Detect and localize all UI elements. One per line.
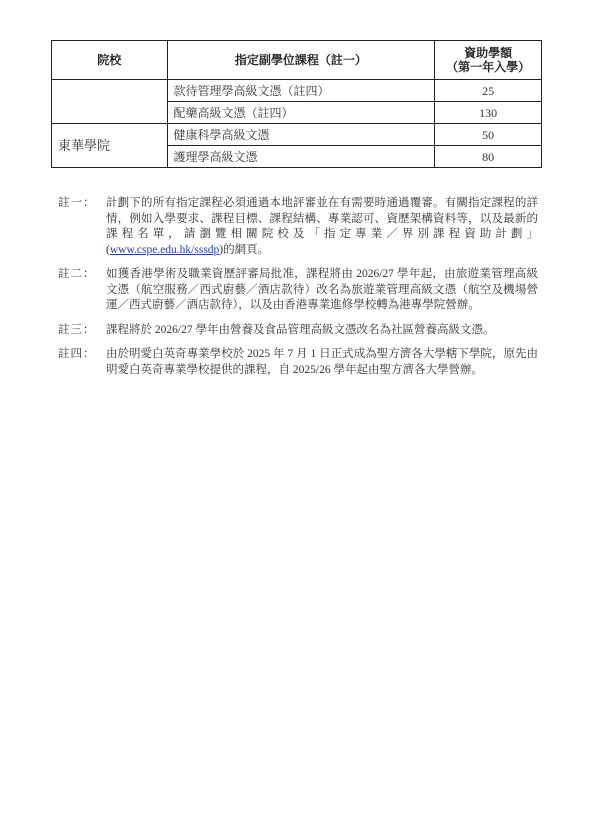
note-body: 課程將於 2026/27 學年由營養及食品管理高級文憑改名為社區營養高級文憑。: [106, 323, 538, 339]
institution-cell: 東華學院: [52, 124, 168, 168]
programme-cell: 配藥高級文憑（註四）: [167, 102, 435, 124]
footnotes: 註一： 計劃下的所有指定課程必須通過本地評審並在有需要時通過覆審。有關指定課程的…: [58, 196, 538, 387]
programme-cell: 健康科學高級文憑: [167, 124, 435, 146]
header-funded-places-line1: 資助學額: [441, 46, 535, 60]
funded-places-table: 院校 指定副學位課程（註一） 資助學額 （第一年入學） 款待管理學高級文憑（註四…: [51, 40, 542, 168]
note-3: 註三： 課程將於 2026/27 學年由營養及食品管理高級文憑改名為社區營養高級…: [58, 323, 538, 339]
header-programme: 指定副學位課程（註一）: [167, 41, 435, 80]
programme-cell: 護理學高級文憑: [167, 146, 435, 168]
note-body: 由於明愛白英奇專業學校於 2025 年 7 月 1 日正式成為聖方濟各大學轄下學…: [106, 347, 538, 378]
table-header-row: 院校 指定副學位課程（註一） 資助學額 （第一年入學）: [52, 41, 542, 80]
sssdp-website-link[interactable]: www.cspe.edu.hk/sssdp: [110, 244, 219, 256]
note-body: 計劃下的所有指定課程必須通過本地評審並在有需要時通過覆審。有關指定課程的詳情，例…: [106, 196, 538, 258]
note-1: 註一： 計劃下的所有指定課程必須通過本地評審並在有需要時通過覆審。有關指定課程的…: [58, 196, 538, 258]
note-label: 註二：: [58, 267, 106, 314]
programme-cell: 款待管理學高級文憑（註四）: [167, 80, 435, 102]
header-institution: 院校: [52, 41, 168, 80]
note-2: 註二： 如獲香港學術及職業資歷評審局批准，課程將由 2026/27 學年起，由旅…: [58, 267, 538, 314]
table-row: 款待管理學高級文憑（註四） 25: [52, 80, 542, 102]
note-label: 註四：: [58, 347, 106, 378]
header-funded-places: 資助學額 （第一年入學）: [435, 41, 542, 80]
places-cell: 80: [435, 146, 542, 168]
institution-cell: [52, 80, 168, 124]
note-label: 註三：: [58, 323, 106, 339]
note-body: 如獲香港學術及職業資歷評審局批准，課程將由 2026/27 學年起，由旅遊業管理…: [106, 267, 538, 314]
places-cell: 130: [435, 102, 542, 124]
note-text: )的網頁。: [219, 244, 269, 256]
document-page: 院校 指定副學位課程（註一） 資助學額 （第一年入學） 款待管理學高級文憑（註四…: [0, 0, 592, 836]
note-label: 註一：: [58, 196, 106, 258]
places-cell: 25: [435, 80, 542, 102]
note-4: 註四： 由於明愛白英奇專業學校於 2025 年 7 月 1 日正式成為聖方濟各大…: [58, 347, 538, 378]
places-cell: 50: [435, 124, 542, 146]
table-row: 東華學院 健康科學高級文憑 50: [52, 124, 542, 146]
header-funded-places-line2: （第一年入學）: [441, 60, 535, 74]
